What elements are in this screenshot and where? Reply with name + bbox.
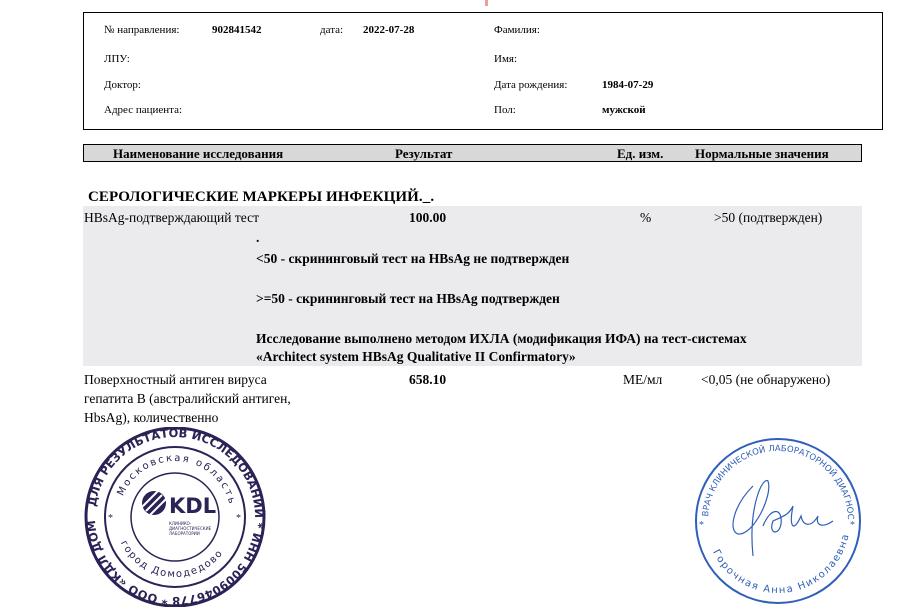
organization-stamp: ДЛЯ РЕЗУЛЬТАТОВ ИССЛЕДОВАНИЙ * ИНН 50090… [82, 427, 268, 607]
signature [733, 480, 833, 556]
sex-label: Пол: [494, 104, 516, 116]
svg-text:Горочная Анна Николаевна: Горочная Анна Николаевна [710, 532, 852, 596]
referral-value: 902841542 [212, 24, 262, 36]
row2-norm: <0,05 (не обнаружено) [701, 372, 830, 388]
row1-comment: <50 - скрининговый тест на HBsAg не подт… [256, 251, 569, 267]
header-normal: Нормальные значения [695, 146, 829, 162]
row1-name: HBsAg-подтверждающий тест [84, 210, 259, 226]
star-icon: * [108, 513, 113, 524]
referral-label: № направления: [104, 24, 179, 36]
doctor-stamp-name: Горочная Анна Николаевна [710, 532, 852, 596]
row2-result: 658.10 [409, 372, 446, 388]
row2-name: HbsAg), количественно [84, 410, 218, 426]
birthdate-value: 1984-07-29 [602, 79, 653, 91]
star-icon: * [236, 513, 241, 524]
name-label: Имя: [494, 53, 517, 65]
row2-name: гепатита В (австралийский антиген, [84, 391, 291, 407]
lpu-label: ЛПУ: [104, 53, 130, 65]
date-label: дата: [320, 24, 343, 36]
header-test-name: Наименование исследования [113, 146, 283, 162]
row1-comment: >=50 - скрининговый тест на HBsAg подтве… [256, 291, 560, 307]
surname-label: Фамилия: [494, 24, 540, 36]
row1-comment: «Architect system HBsAg Qualitative II C… [256, 349, 576, 365]
star-icon: * [699, 520, 704, 531]
row1-norm: >50 (подтвержден) [714, 210, 822, 226]
date-value: 2022-07-28 [363, 24, 414, 36]
kdl-logo-icon [142, 491, 166, 515]
sex-value: мужской [602, 104, 646, 116]
row1-comment: Исследование выполнено методом ИХЛА (мод… [256, 331, 747, 347]
row1-result: 100.00 [409, 210, 446, 226]
stamp-logo-text: KDL [169, 494, 216, 518]
address-label: Адрес пациента: [104, 104, 182, 116]
red-mark [485, 0, 488, 6]
section-title: СЕРОЛОГИЧЕСКИЕ МАРКЕРЫ ИНФЕКЦИЙ._. [88, 189, 434, 206]
row2-unit: МЕ/мл [623, 372, 662, 388]
doctor-stamp-title: ВРАЧ КЛИНИЧЕСКОЙ ЛАБОРАТОРНОЙ ДИАГНОСТИК… [693, 436, 855, 520]
stamp-logo-sub: ЛАБОРАТОРИИ [169, 531, 200, 536]
doctor-label: Доктор: [104, 79, 141, 91]
header-result: Результат [395, 146, 452, 162]
row2-name: Поверхностный антиген вируса [84, 372, 267, 388]
results-table-header: Наименование исследования Результат Ед. … [83, 144, 862, 162]
svg-text:ВРАЧ КЛИНИЧЕСКОЙ ЛАБОРАТОРНОЙ: ВРАЧ КЛИНИЧЕСКОЙ ЛАБОРАТОРНОЙ ДИАГНОСТИК… [693, 436, 855, 520]
row1-unit: % [640, 210, 651, 226]
patient-info-box [83, 12, 883, 130]
birthdate-label: Дата рождения: [494, 79, 567, 91]
header-unit: Ед. изм. [617, 146, 663, 162]
doctor-stamp: ВРАЧ КЛИНИЧЕСКОЙ ЛАБОРАТОРНОЙ ДИАГНОСТИК… [693, 436, 863, 606]
star-icon: * [850, 520, 855, 531]
row1-comment: . [256, 230, 259, 246]
